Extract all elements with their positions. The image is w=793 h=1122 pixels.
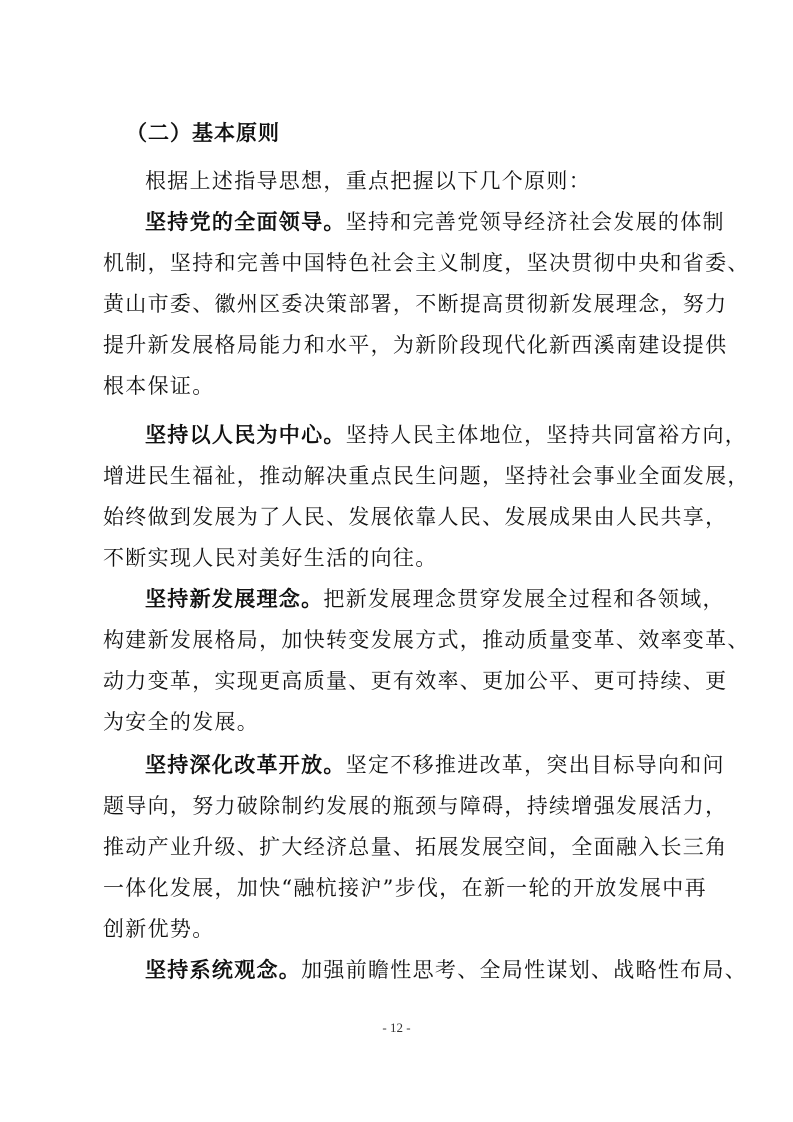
document-page: （二）基本原则 根据上述指导思想，重点把握以下几个原则： 坚持党的全面领导。坚持…: [0, 0, 793, 1122]
paragraph-line: 创新优势。: [103, 914, 693, 944]
line-text: 坚持人民主体地位，坚持共同富裕方向，: [346, 423, 747, 447]
paragraph-line: 动力变革，实现更高质量、更有效率、更加公平、更可持续、更: [103, 666, 693, 696]
principle-title: 坚持党的全面领导。: [145, 209, 346, 234]
intro-paragraph: 根据上述指导思想，重点把握以下几个原则：: [145, 166, 693, 196]
principle-title: 坚持深化改革开放。: [145, 752, 346, 777]
paragraph-line: 根本保证。: [103, 371, 693, 401]
line-text: 加强前瞻性思考、全局性谋划、战略性布局、: [301, 958, 747, 982]
paragraph-line: 不断实现人民对美好生活的向往。: [103, 543, 693, 573]
section-heading: （二）基本原则: [126, 118, 716, 148]
principle-title: 坚持以人民为中心。: [145, 422, 346, 447]
paragraph-line: 坚持系统观念。加强前瞻性思考、全局性谋划、战略性布局、: [145, 955, 693, 985]
paragraph-line: 黄山市委、徽州区委决策部署，不断提高贯彻新发展理念，努力: [103, 289, 693, 319]
paragraph-line: 构建新发展格局，加快转变发展方式，推动质量变革、效率变革、: [103, 625, 693, 655]
line-text: 把新发展理念贯穿发展全过程和各领域，: [323, 587, 724, 611]
paragraph-line: 坚持党的全面领导。坚持和完善党领导经济社会发展的体制: [145, 207, 693, 237]
paragraph-line: 坚持深化改革开放。坚定不移推进改革，突出目标导向和问: [145, 750, 693, 780]
paragraph-line: 为安全的发展。: [103, 707, 693, 737]
paragraph-line: 题导向，努力破除制约发展的瓶颈与障碍，持续增强发展活力，: [103, 791, 693, 821]
line-text: 坚定不移推进改革，突出目标导向和问: [346, 753, 725, 777]
page-number: - 12 -: [0, 1020, 793, 1036]
paragraph-line: 推动产业升级、扩大经济总量、拓展发展空间，全面融入长三角: [103, 832, 693, 862]
paragraph-line: 坚持以人民为中心。坚持人民主体地位，坚持共同富裕方向，: [145, 420, 693, 450]
paragraph-line: 增进民生福祉，推动解决重点民生问题，坚持社会事业全面发展，: [103, 461, 693, 491]
line-text: 坚持和完善党领导经济社会发展的体制: [346, 210, 725, 234]
principle-title: 坚持新发展理念。: [145, 586, 323, 611]
paragraph-line: 一体化发展，加快“融杭接沪”步伐，在新一轮的开放发展中再: [103, 873, 693, 903]
paragraph-line: 坚持新发展理念。把新发展理念贯穿发展全过程和各领域，: [145, 584, 693, 614]
paragraph-line: 始终做到发展为了人民、发展依靠人民、发展成果由人民共享，: [103, 502, 693, 532]
paragraph-line: 机制，坚持和完善中国特色社会主义制度，坚决贯彻中央和省委、: [103, 248, 693, 278]
paragraph-line: 提升新发展格局能力和水平，为新阶段现代化新西溪南建设提供: [103, 330, 693, 360]
principle-title: 坚持系统观念。: [145, 957, 301, 982]
